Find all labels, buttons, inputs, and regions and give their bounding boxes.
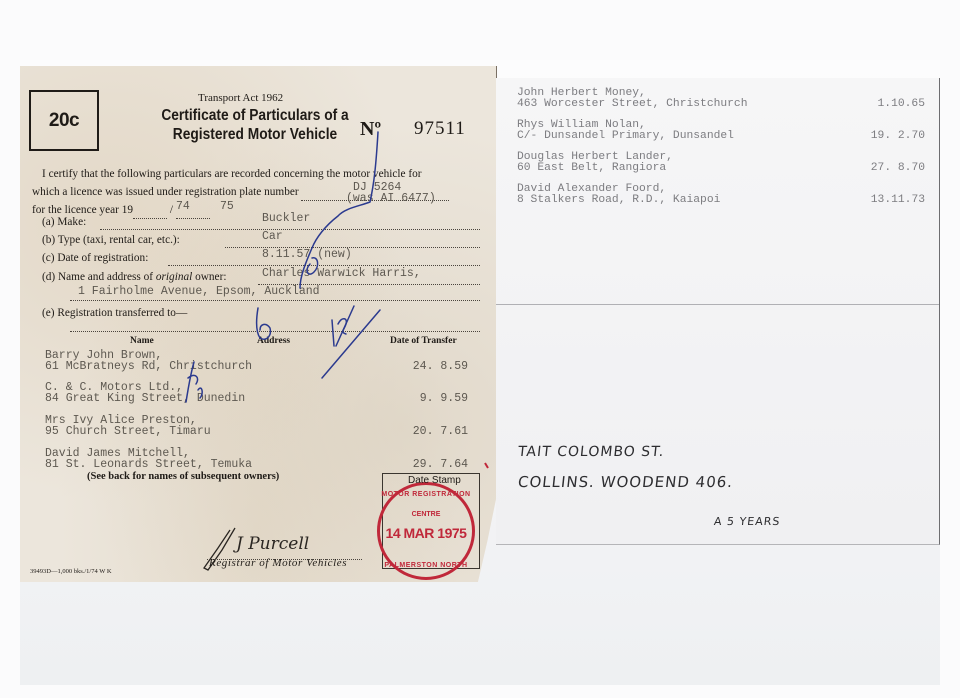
subsequent-owner-row: David Alexander Foord, 8 Stalkers Road, … <box>517 184 720 206</box>
number-label: Nº <box>360 118 381 141</box>
certificate-back-page: John Herbert Money, 463 Worcester Street… <box>496 78 940 545</box>
field-original-owner-name: Charles Warwick Harris, <box>262 267 421 280</box>
field-original-owner-address: 1 Fairholme Avenue, Epsom, Auckland <box>78 285 320 298</box>
transfer-date: 24. 8.59 <box>413 360 468 373</box>
certificate-title: Certificate of Particulars of a Register… <box>156 106 354 144</box>
date-stamp: MOTOR REGISTRATION CENTRE 14 MAR 1975 PA… <box>377 482 475 580</box>
transfer-date: 29. 7.64 <box>413 458 468 471</box>
transfer-row: David James Mitchell, 81 St. Leonards St… <box>45 448 252 470</box>
subsequent-owner-date: 13.11.73 <box>871 194 925 206</box>
registration-certificate: 20c Transport Act 1962 Certificate of Pa… <box>20 66 497 582</box>
subsequent-owner-row: John Herbert Money, 463 Worcester Street… <box>517 88 748 110</box>
licence-fee-box: 20c <box>29 90 99 151</box>
licence-year-to: 75 <box>220 200 234 213</box>
handwritten-note-line3: A 5 YEARS <box>713 515 781 528</box>
fold-line <box>496 304 939 305</box>
field-make-label: (a) Make: <box>42 216 86 228</box>
registrar-label: Registrar of Motor Vehicles <box>209 557 347 569</box>
field-registration-date-label: (c) Date of registration: <box>42 252 148 264</box>
subsequent-owner-row: Rhys William Nolan, C/- Dunsandel Primar… <box>517 120 734 142</box>
field-type-label: (b) Type (taxi, rental car, etc.): <box>42 234 180 246</box>
field-type-value: Car <box>262 230 283 243</box>
column-header-name: Name <box>130 336 154 346</box>
transfer-date: 9. 9.59 <box>420 392 468 405</box>
column-header-date: Date of Transfer <box>390 336 457 346</box>
red-mark <box>484 462 490 470</box>
subsequent-owner-date: 1.10.65 <box>878 98 925 110</box>
column-header-address: Address <box>257 336 290 346</box>
see-back-note: (See back for names of subsequent owners… <box>87 471 279 482</box>
transfer-row: C. & C. Motors Ltd., 84 Great King Stree… <box>45 382 245 404</box>
handwritten-note-line1: TAIT COLOMBO ST. <box>517 444 665 460</box>
date-stamp-caption: Date Stamp <box>408 475 461 486</box>
transfer-row: Barry John Brown, 61 McBratneys Rd, Chri… <box>45 350 252 372</box>
field-transferred-label: (e) Registration transferred to— <box>42 307 187 319</box>
subsequent-owner-date: 27. 8.70 <box>871 162 925 174</box>
stamp-date: 14 MAR 1975 <box>380 525 472 541</box>
act-heading: Transport Act 1962 <box>198 92 283 104</box>
licence-year-from: 74 <box>176 200 190 213</box>
field-make-value: Buckler <box>262 212 310 225</box>
licence-fee: 20c <box>49 110 79 132</box>
certificate-number: 97511 <box>414 118 466 140</box>
field-original-owner-label: (d) Name and address of original owner: <box>42 271 226 283</box>
handwritten-note-line2: COLLINS. WOODEND 406. <box>517 473 734 491</box>
subsequent-owner-row: Douglas Herbert Lander, 60 East Belt, Ra… <box>517 152 673 174</box>
print-code: 39493D—1,000 bks./1/74 W K <box>30 568 112 575</box>
transfer-row: Mrs Ivy Alice Preston, 95 Church Street,… <box>45 415 211 437</box>
transfer-date: 20. 7.61 <box>413 425 468 438</box>
registrar-signature: J Purcell <box>236 534 309 554</box>
previous-plate: (was AI 6477) <box>346 192 436 205</box>
field-registration-date-value: 8.11.57 (new) <box>262 248 352 261</box>
subsequent-owner-date: 19. 2.70 <box>871 130 925 142</box>
